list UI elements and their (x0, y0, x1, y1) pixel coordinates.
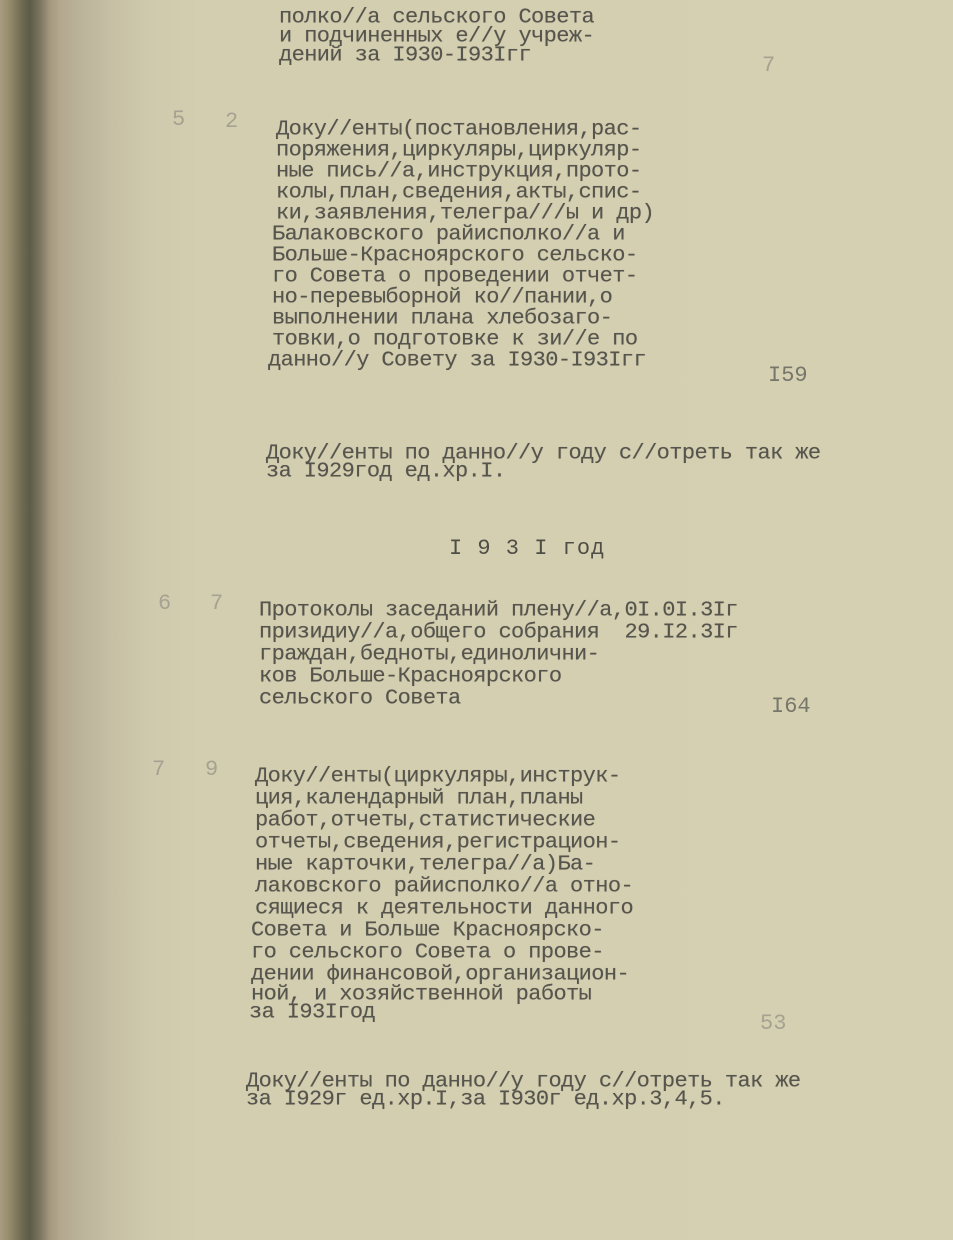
sheet-count: I59 (768, 366, 808, 386)
entry-text-line: поряжения,циркуляры,циркуляр- (276, 141, 641, 160)
entry-text-line: Балаковского райисполко//а и (272, 225, 625, 244)
entry-text-line: работ,отчеты,статистические (255, 811, 595, 830)
year-heading: I 9 3 I год (449, 538, 605, 560)
archive-inventory-page: полко//а сельского Совета и подчиненных … (0, 0, 953, 1240)
entry-text-line: ные пись//а,инструкция,прото- (276, 162, 641, 181)
entry-text-line: сящиеся к деятельности данного (255, 899, 633, 918)
entry-text-line: товки,о подготовке к зи//е по (272, 330, 637, 349)
sheet-count: I64 (771, 697, 811, 717)
entry-text-line: отчеты,сведения,регистрацион- (255, 833, 620, 852)
storage-unit-number: 7 (210, 594, 223, 614)
entry-text-line: го сельского Совета о прове- (251, 943, 604, 962)
entry-text-line: за I93Iгод (249, 1003, 375, 1022)
entry-text-line: дении финансовой,организацион- (251, 965, 629, 984)
entry-text-line: ные карточки,телегра//а)Ба- (255, 855, 595, 874)
storage-unit-number: 2 (225, 112, 238, 132)
storage-unit-number: 9 (205, 760, 218, 780)
entry-text-line: Совета и Больше Красноярско- (251, 921, 604, 940)
entry-text-line: ция,календарный план,планы (255, 789, 583, 808)
sheet-count: 53 (760, 1014, 786, 1034)
entry-text-line: Доку//енты(постановления,рас- (276, 120, 641, 139)
entry-text-line: Протоколы заседаний плену//а,0I.0I.3Iг (259, 601, 738, 620)
entry-text-line: го Совета о проведении отчет- (272, 267, 637, 286)
sheet-count: 7 (762, 56, 775, 76)
entry-text-line: призидиу//а,общего собрания 29.I2.3Iг (259, 623, 738, 642)
entry-text-line: сельского Совета (259, 689, 461, 708)
entry-text-line: лаковского райисполко//а отно- (255, 877, 633, 896)
entry-text-line: ки,заявления,телегра///ы и др) (276, 204, 654, 223)
entry-text-line: дений за I930-I93Iгг (279, 46, 531, 65)
note-text-line: за I929г ед.хр.I,за I930г ед.хр.3,4,5. (246, 1090, 725, 1109)
serial-number: 7 (152, 760, 165, 780)
note-text-line: за I929год ед.хр.I. (266, 462, 505, 481)
entry-text-line: ков Больше-Красноярского (259, 667, 561, 686)
entry-text-line: данно//у Совету за I930-I93Iгг (268, 351, 646, 370)
serial-number: 5 (172, 110, 185, 130)
entry-text-line: граждан,бедноты,единолични- (259, 645, 599, 664)
entry-text-line: Больше-Красноярского сельско- (272, 246, 637, 265)
entry-text-line: но-перевыборной ко//пании,о (272, 288, 612, 307)
serial-number: 6 (158, 594, 171, 614)
entry-text-line: выполнении плана хлебозаго- (272, 309, 612, 328)
entry-text-line: колы,план,сведения,акты,спис- (276, 183, 641, 202)
entry-text-line: Доку//енты(циркуляры,инструк- (255, 767, 620, 786)
